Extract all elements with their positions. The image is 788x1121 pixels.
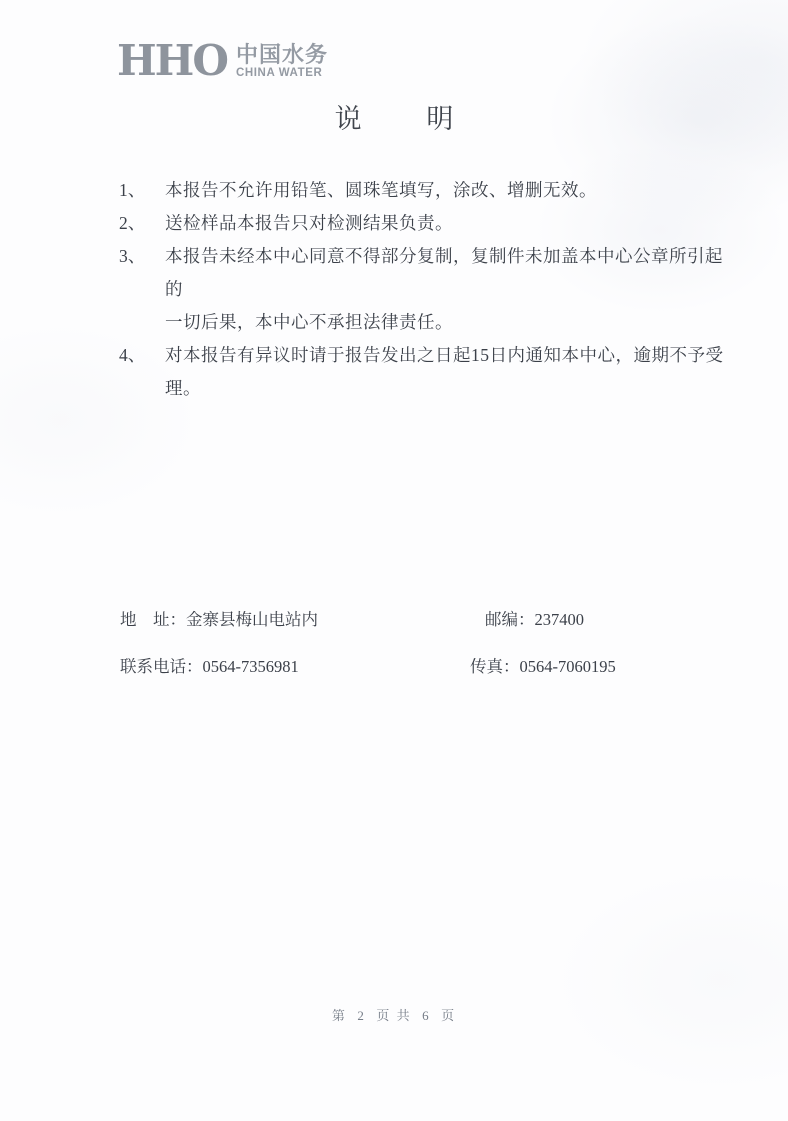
report-page: HHO 中国水务 CHINA WATER 说明 1、 本报告不允许用铅笔、圆珠笔… xyxy=(0,0,788,1121)
note-item-4: 4、 对本报告有异议时请于报告发出之日起15日内通知本中心，逾期不予受 理。 xyxy=(119,339,744,405)
note-text: 本报告未经本中心同意不得部分复制，复制件未加盖本中心公章所引起的 一切后果，本中… xyxy=(165,240,740,339)
note-number: 1、 xyxy=(119,174,165,207)
logo-wordmark: 中国水务 CHINA WATER xyxy=(236,43,328,80)
postcode-value: 237400 xyxy=(535,610,585,629)
page-number-footer: 第 2 页 共 6 页 xyxy=(0,1005,788,1024)
postcode-label: 邮编： xyxy=(485,610,535,629)
note-text: 对本报告有异议时请于报告发出之日起15日内通知本中心，逾期不予受 理。 xyxy=(165,339,740,405)
note-item-3: 3、 本报告未经本中心同意不得部分复制，复制件未加盖本中心公章所引起的 一切后果… xyxy=(119,240,744,339)
notes-list: 1、 本报告不允许用铅笔、圆珠笔填写，涂改、增删无效。 2、 送检样品本报告只对… xyxy=(119,174,744,405)
address-label: 地 址： xyxy=(120,610,186,629)
phone-label: 联系电话： xyxy=(120,657,203,676)
address-cell: 地 址：金寨县梅山电站内 xyxy=(120,606,470,630)
postcode-cell: 邮编：237400 xyxy=(470,606,584,630)
phone-value: 0564-7356981 xyxy=(203,657,299,676)
note-item-1: 1、 本报告不允许用铅笔、圆珠笔填写，涂改、增删无效。 xyxy=(119,174,744,207)
note-text: 本报告不允许用铅笔、圆珠笔填写，涂改、增删无效。 xyxy=(165,174,740,207)
contact-row-phone: 联系电话：0564-7356981 传真：0564-7060195 xyxy=(120,653,720,677)
contact-block: 地 址：金寨县梅山电站内 邮编：237400 联系电话：0564-7356981… xyxy=(120,606,720,700)
company-logo: HHO 中国水务 CHINA WATER xyxy=(117,40,328,82)
phone-cell: 联系电话：0564-7356981 xyxy=(120,653,470,677)
note-number: 4、 xyxy=(119,339,165,405)
logo-hho-text: HHO xyxy=(117,40,227,82)
note-item-2: 2、 送检样品本报告只对检测结果负责。 xyxy=(119,207,744,240)
note-number: 2、 xyxy=(119,207,165,240)
logo-company-name-en: CHINA WATER xyxy=(236,67,328,80)
note-number: 3、 xyxy=(119,240,165,339)
contact-row-address: 地 址：金寨县梅山电站内 邮编：237400 xyxy=(120,606,720,630)
logo-company-name-cn: 中国水务 xyxy=(236,43,328,67)
fax-cell: 传真：0564-7060195 xyxy=(470,653,616,677)
address-value: 金寨县梅山电站内 xyxy=(186,610,318,629)
note-text: 送检样品本报告只对检测结果负责。 xyxy=(165,207,740,240)
page-title: 说明 xyxy=(0,97,788,136)
fax-label: 传真： xyxy=(470,657,520,676)
fax-value: 0564-7060195 xyxy=(520,657,616,676)
